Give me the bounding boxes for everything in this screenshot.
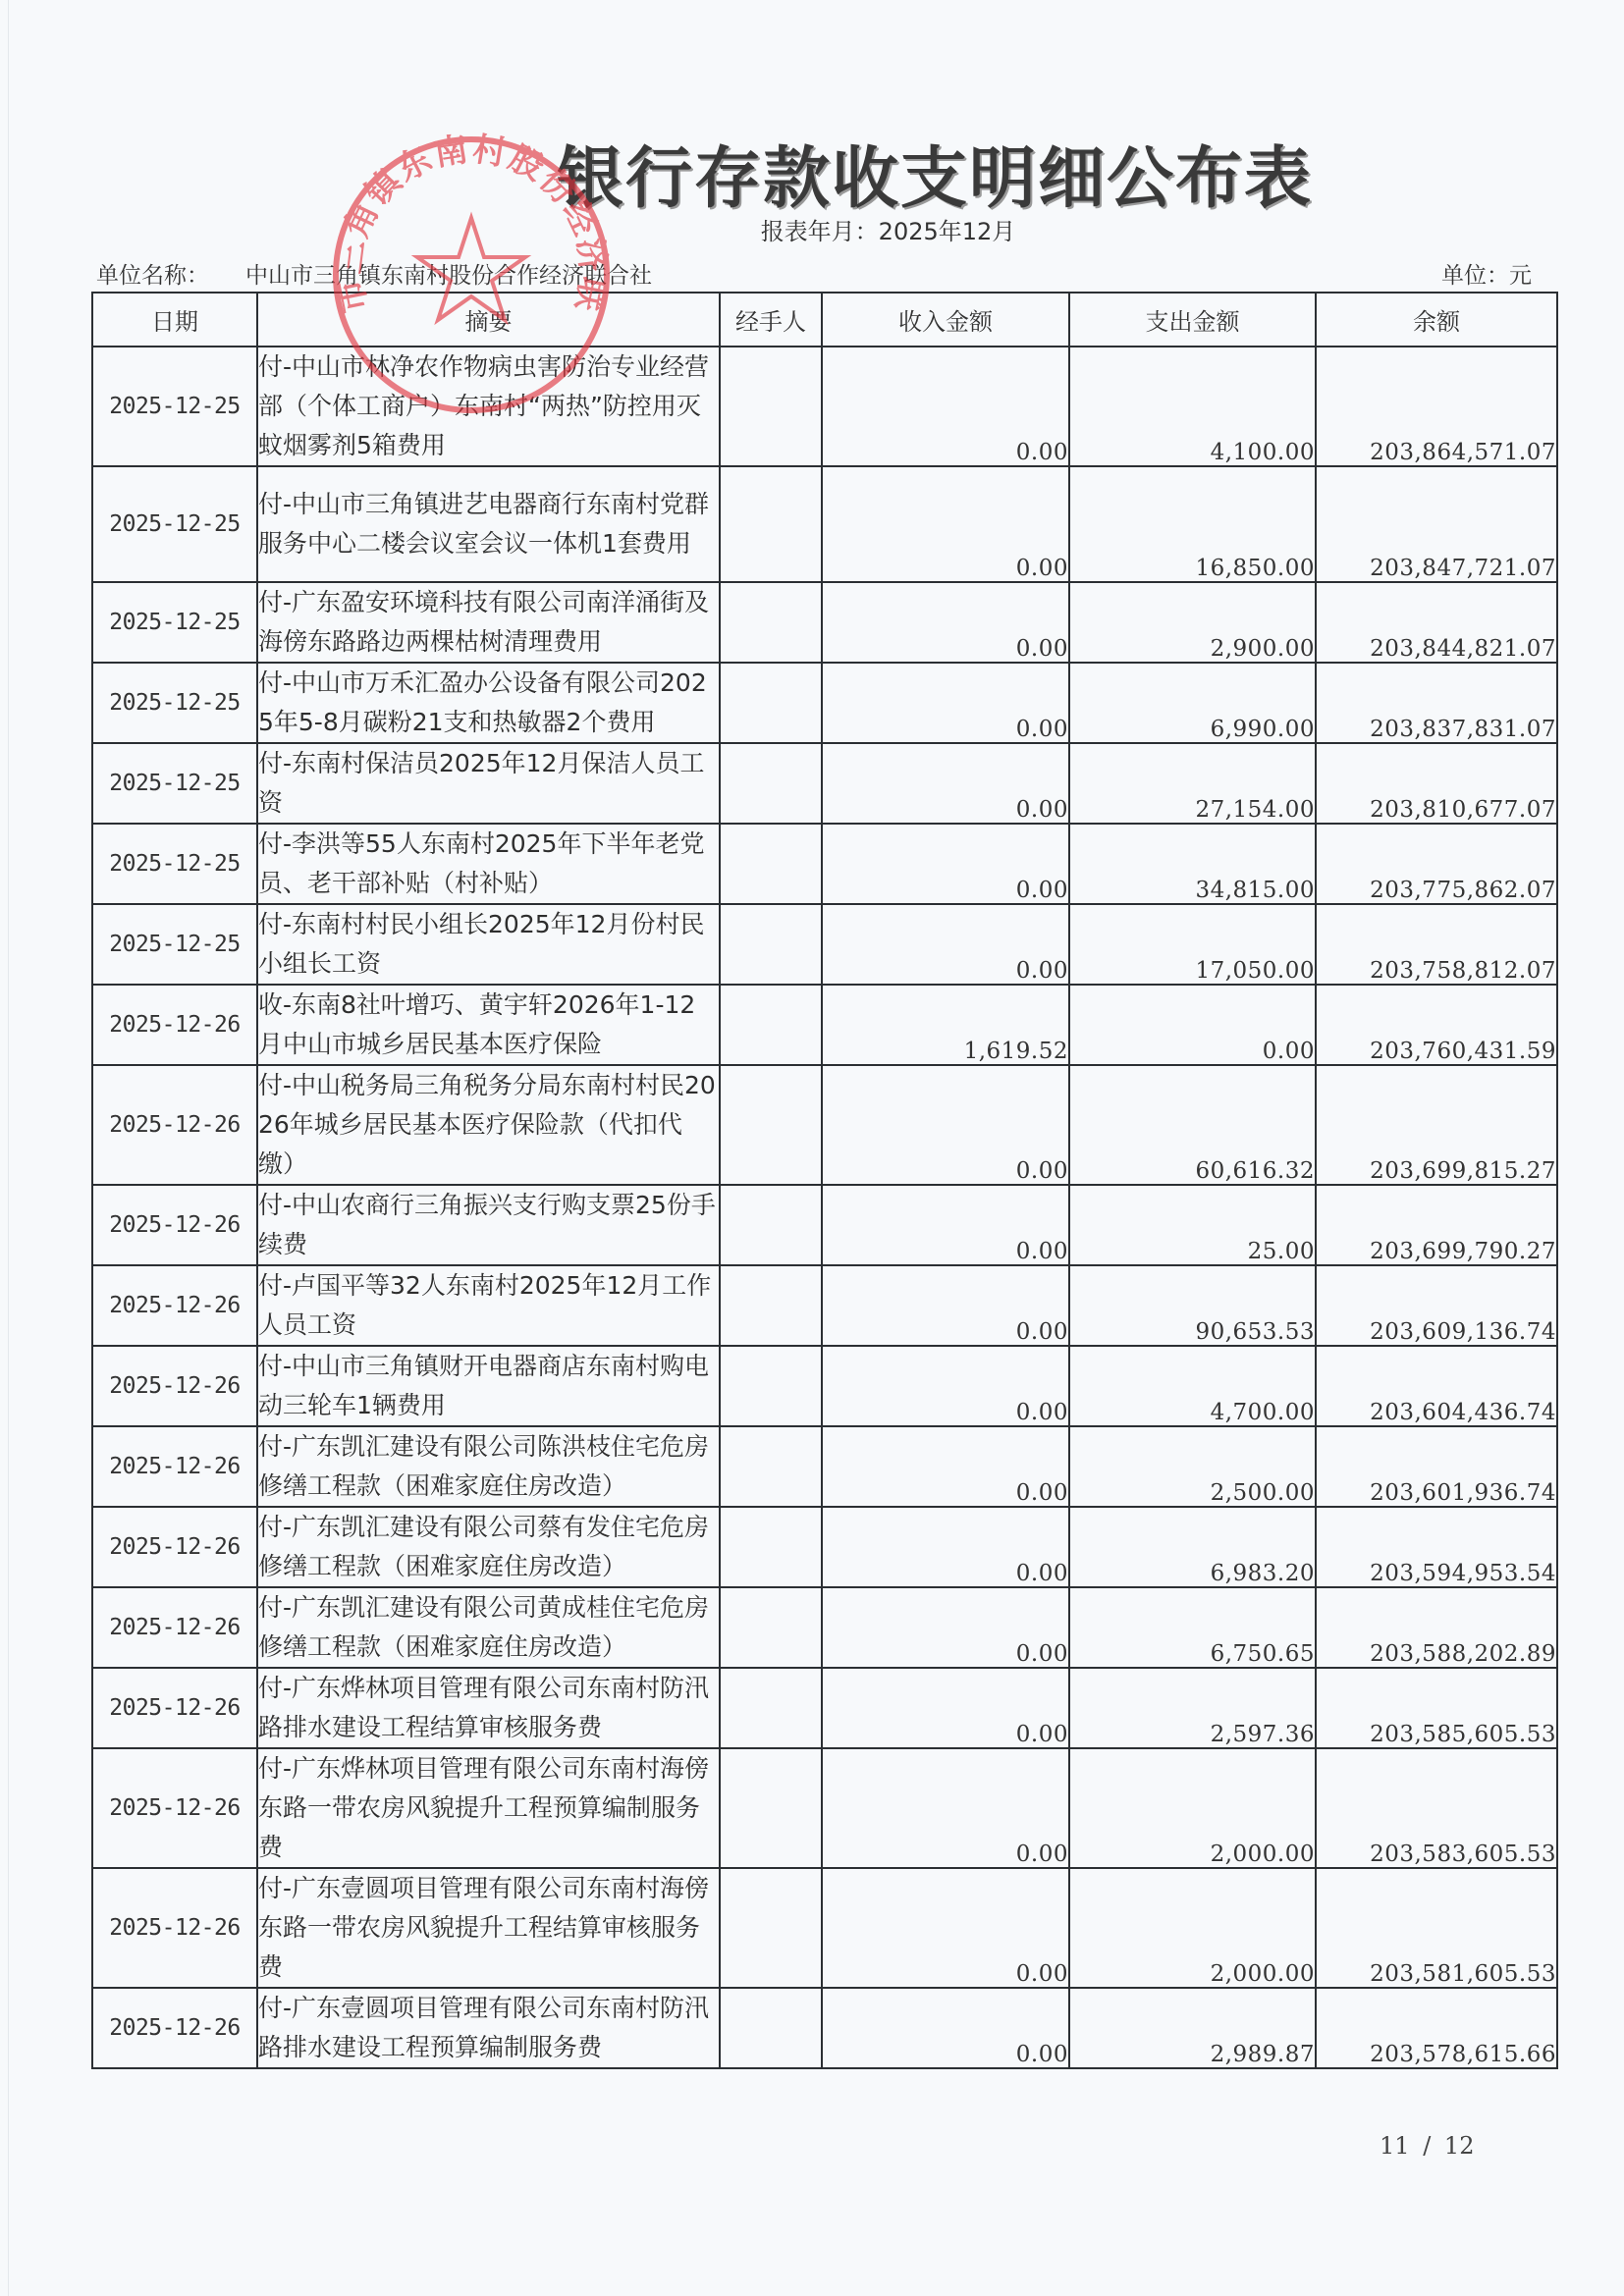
page-total: 12 [1444, 2132, 1475, 2160]
table-row: 2025-12-26付-广东烨林项目管理有限公司东南村防汛路排水建设工程结算审核… [92, 1668, 1557, 1748]
cell-income: 0.00 [822, 347, 1069, 466]
cell-handler [720, 1185, 822, 1265]
table-row: 2025-12-26付-广东凯汇建设有限公司黄成桂住宅危房修缮工程款（困难家庭住… [92, 1587, 1557, 1668]
cell-summary: 付-中山税务局三角税务分局东南村村民2026年城乡居民基本医疗保险款（代扣代缴） [257, 1065, 720, 1185]
cell-handler [720, 824, 822, 904]
cell-handler [720, 1868, 822, 1988]
table-row: 2025-12-26付-广东凯汇建设有限公司陈洪枝住宅危房修缮工程款（困难家庭住… [92, 1426, 1557, 1507]
cell-income: 0.00 [822, 1265, 1069, 1346]
cell-summary: 付-广东凯汇建设有限公司陈洪枝住宅危房修缮工程款（困难家庭住房改造） [257, 1426, 720, 1507]
table-row: 2025-12-25付-广东盈安环境科技有限公司南洋涌街及海傍东路路边两棵枯树清… [92, 582, 1557, 663]
report-period: 报表年月：2025年12月 [0, 212, 1624, 246]
cell-expense: 2,500.00 [1069, 1426, 1316, 1507]
cell-summary: 付-东南村保洁员2025年12月保洁人员工资 [257, 743, 720, 824]
cell-summary: 付-中山市林净农作物病虫害防治专业经营部（个体工商户）东南村“两热”防控用灭蚊烟… [257, 347, 720, 466]
cell-income: 0.00 [822, 1748, 1069, 1868]
cell-balance: 203,578,615.66 [1316, 1988, 1557, 2068]
table-row: 2025-12-25付-中山市林净农作物病虫害防治专业经营部（个体工商户）东南村… [92, 347, 1557, 466]
cell-income: 0.00 [822, 663, 1069, 743]
cell-income: 0.00 [822, 1426, 1069, 1507]
cell-handler [720, 904, 822, 985]
cell-balance: 203,585,605.53 [1316, 1668, 1557, 1748]
cell-balance: 203,601,936.74 [1316, 1426, 1557, 1507]
cell-handler [720, 466, 822, 582]
cell-balance: 203,588,202.89 [1316, 1587, 1557, 1668]
cell-income: 0.00 [822, 824, 1069, 904]
cell-expense: 2,989.87 [1069, 1988, 1316, 2068]
cell-expense: 6,990.00 [1069, 663, 1316, 743]
cell-date: 2025-12-26 [92, 1426, 257, 1507]
table-row: 2025-12-25付-东南村保洁员2025年12月保洁人员工资0.0027,1… [92, 743, 1557, 824]
cell-income: 0.00 [822, 743, 1069, 824]
cell-balance: 203,775,862.07 [1316, 824, 1557, 904]
table-row: 2025-12-26付-广东壹圆项目管理有限公司东南村防汛路排水建设工程预算编制… [92, 1988, 1557, 2068]
cell-expense: 4,700.00 [1069, 1346, 1316, 1426]
cell-balance: 203,609,136.74 [1316, 1265, 1557, 1346]
table-row: 2025-12-26付-广东烨林项目管理有限公司东南村海傍东路一带农房风貌提升工… [92, 1748, 1557, 1868]
cell-summary: 付-广东凯汇建设有限公司蔡有发住宅危房修缮工程款（困难家庭住房改造） [257, 1507, 720, 1587]
cell-balance: 203,594,953.54 [1316, 1507, 1557, 1587]
currency-unit: 单位：元 [1441, 257, 1532, 290]
cell-handler [720, 743, 822, 824]
cell-handler [720, 1426, 822, 1507]
col-header-income: 收入金额 [822, 293, 1069, 347]
cell-expense: 2,900.00 [1069, 582, 1316, 663]
cell-summary: 付-中山市三角镇财开电器商店东南村购电动三轮车1辆费用 [257, 1346, 720, 1426]
cell-summary: 付-卢国平等32人东南村2025年12月工作人员工资 [257, 1265, 720, 1346]
cell-date: 2025-12-25 [92, 347, 257, 466]
col-header-expense: 支出金额 [1069, 293, 1316, 347]
cell-summary: 收-东南8社叶增巧、黄宇轩2026年1-12月中山市城乡居民基本医疗保险 [257, 985, 720, 1065]
cell-date: 2025-12-26 [92, 1185, 257, 1265]
ledger-body: 2025-12-25付-中山市林净农作物病虫害防治专业经营部（个体工商户）东南村… [92, 347, 1557, 2068]
cell-expense: 4,100.00 [1069, 347, 1316, 466]
cell-handler [720, 1346, 822, 1426]
cell-expense: 2,597.36 [1069, 1668, 1316, 1748]
cell-handler [720, 663, 822, 743]
cell-balance: 203,699,790.27 [1316, 1185, 1557, 1265]
cell-summary: 付-东南村村民小组长2025年12月份村民小组长工资 [257, 904, 720, 985]
page-separator: / [1423, 2132, 1431, 2160]
table-row: 2025-12-26收-东南8社叶增巧、黄宇轩2026年1-12月中山市城乡居民… [92, 985, 1557, 1065]
col-header-summary: 摘要 [257, 293, 720, 347]
cell-date: 2025-12-26 [92, 1507, 257, 1587]
cell-handler [720, 985, 822, 1065]
cell-date: 2025-12-26 [92, 1065, 257, 1185]
cell-summary: 付-广东凯汇建设有限公司黄成桂住宅危房修缮工程款（困难家庭住房改造） [257, 1587, 720, 1668]
cell-handler [720, 347, 822, 466]
table-row: 2025-12-25付-中山市万禾汇盈办公设备有限公司2025年5-8月碳粉21… [92, 663, 1557, 743]
cell-expense: 90,653.53 [1069, 1265, 1316, 1346]
table-row: 2025-12-26付-中山税务局三角税务分局东南村村民2026年城乡居民基本医… [92, 1065, 1557, 1185]
cell-date: 2025-12-26 [92, 1265, 257, 1346]
table-row: 2025-12-25付-东南村村民小组长2025年12月份村民小组长工资0.00… [92, 904, 1557, 985]
cell-date: 2025-12-26 [92, 985, 257, 1065]
cell-income: 0.00 [822, 1185, 1069, 1265]
col-header-balance: 余额 [1316, 293, 1557, 347]
cell-handler [720, 1065, 822, 1185]
ledger-table: 日期 摘要 经手人 收入金额 支出金额 余额 2025-12-25付-中山市林净… [91, 292, 1558, 2069]
cell-date: 2025-12-26 [92, 1748, 257, 1868]
table-row: 2025-12-26付-中山市三角镇财开电器商店东南村购电动三轮车1辆费用0.0… [92, 1346, 1557, 1426]
cell-balance: 203,810,677.07 [1316, 743, 1557, 824]
table-row: 2025-12-25付-中山市三角镇进艺电器商行东南村党群服务中心二楼会议室会议… [92, 466, 1557, 582]
cell-date: 2025-12-26 [92, 1668, 257, 1748]
cell-balance: 203,699,815.27 [1316, 1065, 1557, 1185]
cell-date: 2025-12-25 [92, 582, 257, 663]
table-row: 2025-12-26付-广东壹圆项目管理有限公司东南村海傍东路一带农房风貌提升工… [92, 1868, 1557, 1988]
cell-summary: 付-中山市三角镇进艺电器商行东南村党群服务中心二楼会议室会议一体机1套费用 [257, 466, 720, 582]
cell-summary: 付-广东烨林项目管理有限公司东南村海傍东路一带农房风貌提升工程预算编制服务费 [257, 1748, 720, 1868]
cell-expense: 0.00 [1069, 985, 1316, 1065]
cell-expense: 25.00 [1069, 1185, 1316, 1265]
cell-date: 2025-12-25 [92, 466, 257, 582]
cell-handler [720, 582, 822, 663]
cell-expense: 60,616.32 [1069, 1065, 1316, 1185]
cell-expense: 16,850.00 [1069, 466, 1316, 582]
table-row: 2025-12-26付-卢国平等32人东南村2025年12月工作人员工资0.00… [92, 1265, 1557, 1346]
org-unit-line: 单位名称： 中山市三角镇东南村股份合作经济联合社 单位：元 [96, 257, 1532, 287]
cell-expense: 6,983.20 [1069, 1507, 1316, 1587]
cell-date: 2025-12-25 [92, 743, 257, 824]
cell-date: 2025-12-26 [92, 1868, 257, 1988]
cell-summary: 付-广东壹圆项目管理有限公司东南村海傍东路一带农房风貌提升工程结算审核服务费 [257, 1868, 720, 1988]
col-header-handler: 经手人 [720, 293, 822, 347]
cell-expense: 34,815.00 [1069, 824, 1316, 904]
page-current: 11 [1380, 2132, 1410, 2160]
cell-income: 0.00 [822, 1587, 1069, 1668]
cell-handler [720, 1668, 822, 1748]
cell-income: 0.00 [822, 582, 1069, 663]
cell-income: 1,619.52 [822, 985, 1069, 1065]
table-row: 2025-12-26付-广东凯汇建设有限公司蔡有发住宅危房修缮工程款（困难家庭住… [92, 1507, 1557, 1587]
cell-summary: 付-中山市万禾汇盈办公设备有限公司2025年5-8月碳粉21支和热敏器2个费用 [257, 663, 720, 743]
cell-handler [720, 1587, 822, 1668]
cell-summary: 付-广东壹圆项目管理有限公司东南村防汛路排水建设工程预算编制服务费 [257, 1988, 720, 2068]
cell-balance: 203,758,812.07 [1316, 904, 1557, 985]
cell-handler [720, 1748, 822, 1868]
cell-balance: 203,844,821.07 [1316, 582, 1557, 663]
org-label: 单位名称： [96, 257, 209, 290]
cell-summary: 付-广东盈安环境科技有限公司南洋涌街及海傍东路路边两棵枯树清理费用 [257, 582, 720, 663]
cell-income: 0.00 [822, 1065, 1069, 1185]
cell-handler [720, 1507, 822, 1587]
cell-income: 0.00 [822, 1868, 1069, 1988]
col-header-date: 日期 [92, 293, 257, 347]
cell-date: 2025-12-26 [92, 1346, 257, 1426]
cell-balance: 203,847,721.07 [1316, 466, 1557, 582]
cell-summary: 付-广东烨林项目管理有限公司东南村防汛路排水建设工程结算审核服务费 [257, 1668, 720, 1748]
page-edge [8, 0, 9, 2296]
cell-expense: 27,154.00 [1069, 743, 1316, 824]
cell-income: 0.00 [822, 904, 1069, 985]
cell-date: 2025-12-26 [92, 1587, 257, 1668]
table-header-row: 日期 摘要 经手人 收入金额 支出金额 余额 [92, 293, 1557, 347]
cell-summary: 付-中山农商行三角振兴支行购支票25份手续费 [257, 1185, 720, 1265]
cell-income: 0.00 [822, 1507, 1069, 1587]
cell-date: 2025-12-26 [92, 1988, 257, 2068]
cell-expense: 2,000.00 [1069, 1748, 1316, 1868]
cell-handler [720, 1988, 822, 2068]
cell-balance: 203,864,571.07 [1316, 347, 1557, 466]
cell-balance: 203,581,605.53 [1316, 1868, 1557, 1988]
table-row: 2025-12-26付-中山农商行三角振兴支行购支票25份手续费0.0025.0… [92, 1185, 1557, 1265]
cell-date: 2025-12-25 [92, 904, 257, 985]
table-row: 2025-12-25付-李洪等55人东南村2025年下半年老党员、老干部补贴（村… [92, 824, 1557, 904]
cell-balance: 203,583,605.53 [1316, 1748, 1557, 1868]
cell-date: 2025-12-25 [92, 824, 257, 904]
cell-date: 2025-12-25 [92, 663, 257, 743]
cell-income: 0.00 [822, 1346, 1069, 1426]
cell-income: 0.00 [822, 1988, 1069, 2068]
cell-expense: 2,000.00 [1069, 1868, 1316, 1988]
page-number: 11 / 12 [1380, 2132, 1474, 2160]
org-name: 中山市三角镇东南村股份合作经济联合社 [245, 257, 652, 290]
cell-income: 0.00 [822, 1668, 1069, 1748]
cell-expense: 6,750.65 [1069, 1587, 1316, 1668]
cell-income: 0.00 [822, 466, 1069, 582]
cell-summary: 付-李洪等55人东南村2025年下半年老党员、老干部补贴（村补贴） [257, 824, 720, 904]
cell-balance: 203,604,436.74 [1316, 1346, 1557, 1426]
cell-balance: 203,760,431.59 [1316, 985, 1557, 1065]
cell-handler [720, 1265, 822, 1346]
cell-balance: 203,837,831.07 [1316, 663, 1557, 743]
page-title: 银行存款收支明细公布表 [0, 126, 1624, 221]
cell-expense: 17,050.00 [1069, 904, 1316, 985]
